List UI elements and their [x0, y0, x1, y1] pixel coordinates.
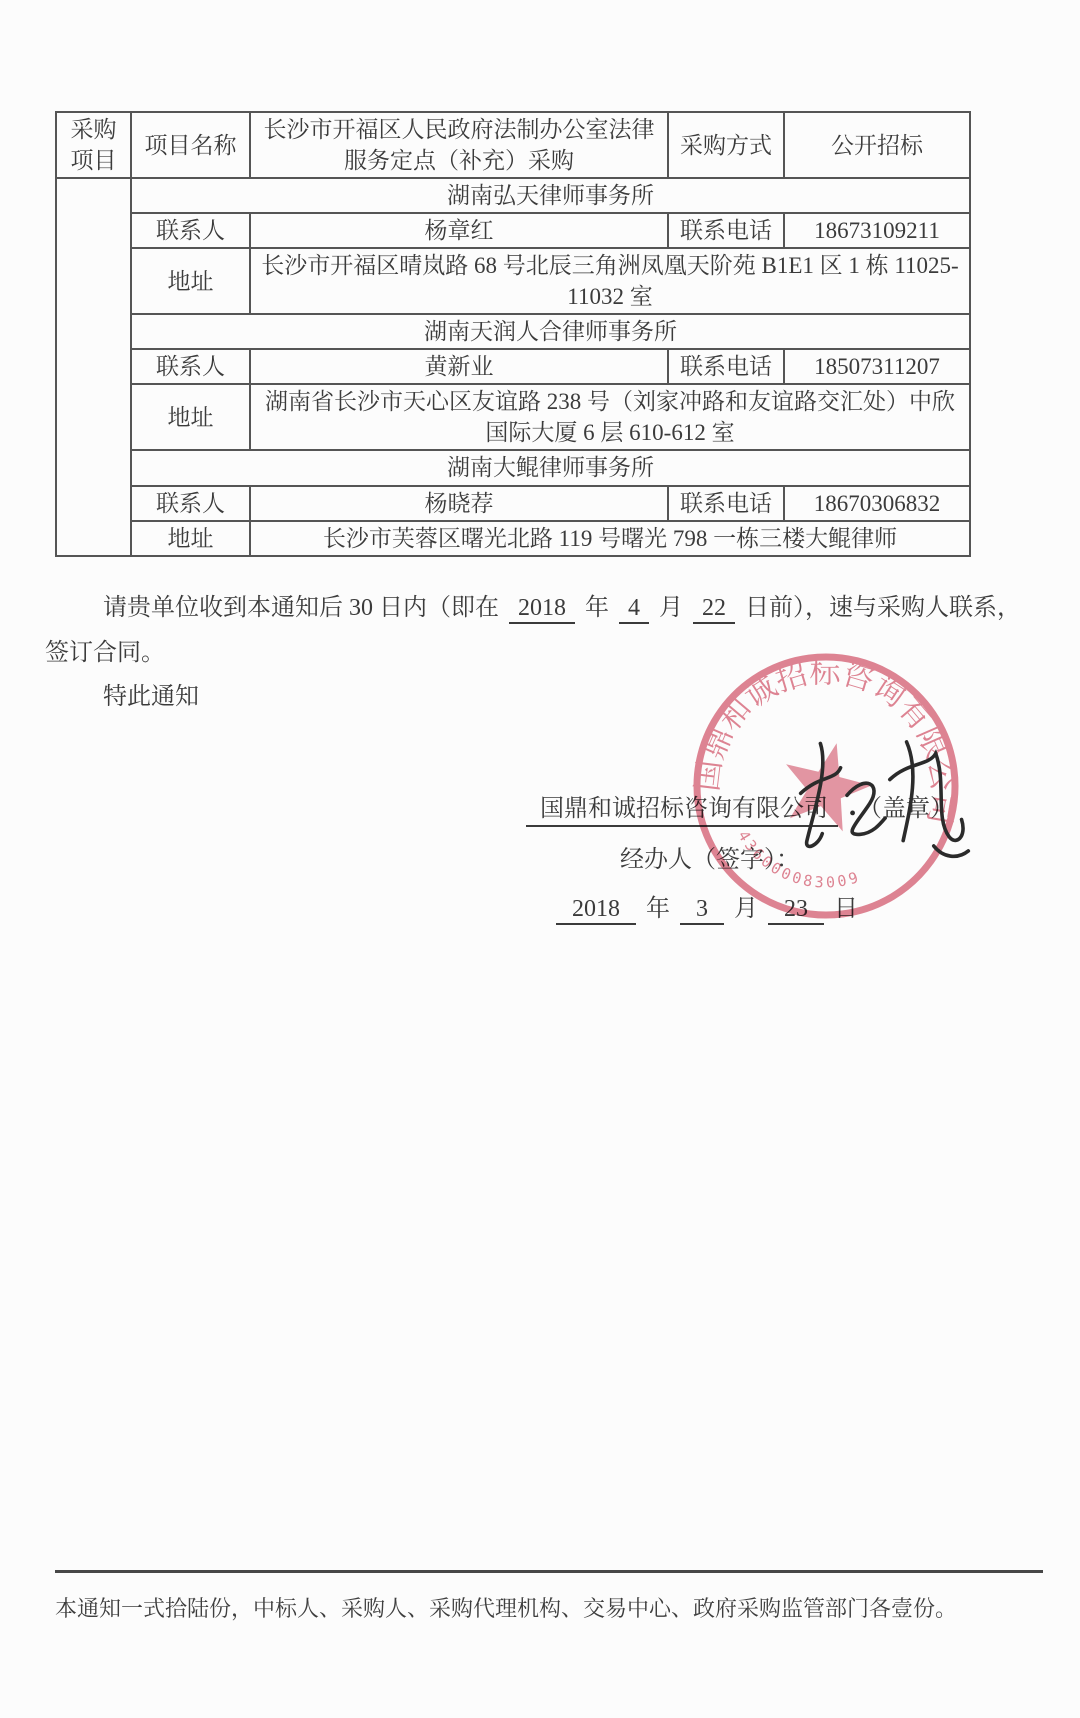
firm2-contact-value: 黄新业	[250, 349, 668, 384]
sign-year: 2018	[556, 896, 636, 925]
firm1-contact-value: 杨章红	[250, 213, 668, 248]
method-label: 采购方式	[668, 112, 784, 178]
notice-text-pre: 请贵单位收到本通知后 30 日内（即在	[103, 595, 499, 621]
sign-month-unit: 月	[734, 896, 758, 922]
deadline-year: 2018	[509, 595, 575, 624]
company-name: 国鼎和诚招标咨询有限公司	[526, 796, 838, 827]
firm3-address-label: 地址	[131, 521, 250, 556]
firm2-contact-label: 联系人	[131, 349, 250, 384]
firm3-contact-value: 杨晓荐	[250, 486, 668, 521]
handler-line: 经办人（签字）：	[520, 839, 900, 874]
firm1-phone-value: 18673109211	[784, 213, 970, 248]
project-col-spacer	[56, 178, 131, 556]
footer-divider	[55, 1570, 1043, 1573]
firm3-phone-label: 联系电话	[668, 486, 784, 521]
firm3-address-value: 长沙市芙蓉区曙光北路 119 号曙光 798 一栋三楼大鲲律师	[250, 521, 970, 556]
document-page: 采购项目 项目名称 长沙市开福区人民政府法制办公室法律服务定点（补充）采购 采购…	[0, 0, 1080, 1718]
project-col-label: 采购项目	[56, 112, 131, 178]
firm2-name: 湖南天润人合律师事务所	[131, 314, 970, 349]
project-name-label: 项目名称	[131, 112, 250, 178]
firm3-name: 湖南大鲲律师事务所	[131, 450, 970, 485]
sign-day: 23	[768, 896, 824, 925]
notice-line-1: 请贵单位收到本通知后 30 日内（即在 2018 年 4 月 22 日前），速与…	[45, 592, 960, 626]
signature-block: 国鼎和诚招标咨询有限公司 （盖章） 经办人（签字）： 2018 年 3 月 23…	[520, 788, 960, 923]
project-name-value: 长沙市开福区人民政府法制办公室法律服务定点（补充）采购	[250, 112, 668, 178]
firm1-name-row: 湖南弘天律师事务所	[56, 178, 970, 213]
sign-month: 3	[680, 896, 724, 925]
year-unit: 年	[585, 595, 609, 621]
notice-closing: 特此通知	[45, 681, 960, 715]
sign-year-unit: 年	[646, 896, 670, 922]
firm3-contact-label: 联系人	[131, 486, 250, 521]
firm2-phone-label: 联系电话	[668, 349, 784, 384]
firm1-address-value: 长沙市开福区晴岚路 68 号北辰三角洲凤凰天阶苑 B1E1 区 1 栋 1102…	[250, 248, 970, 314]
firm3-name-row: 湖南大鲲律师事务所	[56, 450, 970, 485]
procurement-table: 采购项目 项目名称 长沙市开福区人民政府法制办公室法律服务定点（补充）采购 采购…	[55, 111, 971, 557]
notice-paragraph: 请贵单位收到本通知后 30 日内（即在 2018 年 4 月 22 日前），速与…	[45, 592, 960, 726]
firm2-address-row: 地址 湖南省长沙市天心区友谊路 238 号（刘家冲路和友谊路交汇处）中欣国际大厦…	[56, 384, 970, 450]
deadline-day: 22	[693, 595, 735, 624]
firm2-phone-value: 18507311207	[784, 349, 970, 384]
sign-day-unit: 日	[834, 896, 858, 922]
signature-date-line: 2018 年 3 月 23 日	[520, 888, 890, 923]
seal-note: （盖章）	[858, 796, 954, 822]
month-unit: 月	[659, 595, 683, 621]
company-line: 国鼎和诚招标咨询有限公司 （盖章）	[520, 788, 960, 823]
firm1-address-row: 地址 长沙市开福区晴岚路 68 号北辰三角洲凤凰天阶苑 B1E1 区 1 栋 1…	[56, 248, 970, 314]
firm1-name: 湖南弘天律师事务所	[131, 178, 970, 213]
firm2-address-value: 湖南省长沙市天心区友谊路 238 号（刘家冲路和友谊路交汇处）中欣国际大厦 6 …	[250, 384, 970, 450]
notice-line-2: 签订合同。	[45, 637, 960, 671]
firm3-address-row: 地址 长沙市芙蓉区曙光北路 119 号曙光 798 一栋三楼大鲲律师	[56, 521, 970, 556]
notice-text-suf: 日前），速与采购人联系，	[745, 595, 1021, 621]
firm1-contact-row: 联系人 杨章红 联系电话 18673109211	[56, 213, 970, 248]
firm1-phone-label: 联系电话	[668, 213, 784, 248]
firm3-phone-value: 18670306832	[784, 486, 970, 521]
deadline-month: 4	[619, 595, 649, 624]
firm2-name-row: 湖南天润人合律师事务所	[56, 314, 970, 349]
firm2-address-label: 地址	[131, 384, 250, 450]
firm1-address-label: 地址	[131, 248, 250, 314]
method-value: 公开招标	[784, 112, 970, 178]
footer-note: 本通知一式拾陆份，中标人、采购人、采购代理机构、交易中心、政府采购监管部门各壹份…	[55, 1592, 1045, 1623]
firm3-contact-row: 联系人 杨晓荐 联系电话 18670306832	[56, 486, 970, 521]
table-header-row: 采购项目 项目名称 长沙市开福区人民政府法制办公室法律服务定点（补充）采购 采购…	[56, 112, 970, 178]
firm2-contact-row: 联系人 黄新业 联系电话 18507311207	[56, 349, 970, 384]
firm1-contact-label: 联系人	[131, 213, 250, 248]
